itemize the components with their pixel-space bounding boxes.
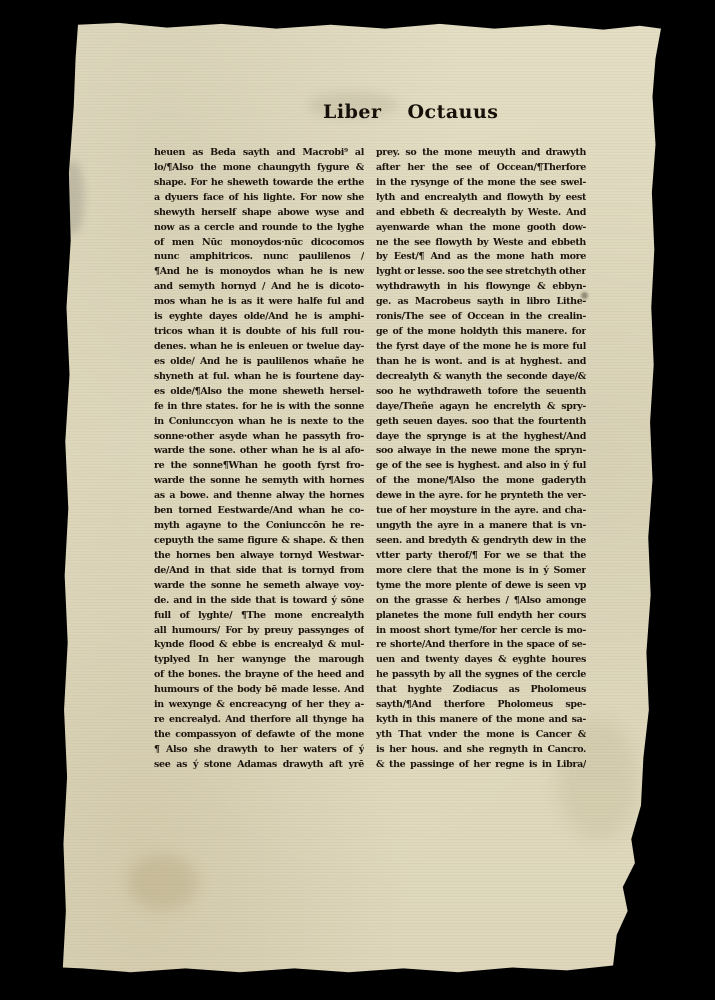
text-line: typlyed In her wanynge the marough	[154, 653, 364, 668]
text-line: ayenwarde whan the mone gooth dow-	[376, 221, 586, 236]
text-line: ungyth the ayre in a manere that is vn-	[376, 519, 586, 534]
running-head-liber: Liber	[323, 101, 381, 123]
text-line: kynde flood & ebbe is encrealyd & mul-	[154, 638, 364, 653]
text-line: more clere that the mone is in ý Somer	[376, 564, 586, 579]
text-line: kyth in this manere of the mone and sa-	[376, 713, 586, 728]
text-line: after her the see of Occean/¶Therfore	[376, 161, 586, 176]
text-line: & the passinge of her regne is in Libra/	[376, 758, 586, 773]
text-line: in Coniunccyon whan he is nexte to the	[154, 415, 364, 430]
text-line: lyght or lesse. soo the see stretchyth o…	[376, 265, 586, 280]
right-text-column: prey. so the mone meuyth and drawythafte…	[376, 146, 586, 773]
text-line: ge. as Macrobeus sayth in libro Lithe-	[376, 295, 586, 310]
text-line: is her hous. and she regnyth in Cancro.	[376, 743, 586, 758]
text-line: seen. and bredyth & gendryth dew in the	[376, 534, 586, 549]
text-line: denes. whan he is enleuen or twelue day-	[154, 340, 364, 355]
text-line: as a bowe. and thenne alway the hornes	[154, 489, 364, 504]
text-line: re the sonne¶Whan he gooth fyrst fro-	[154, 459, 364, 474]
text-line: prey. so the mone meuyth and drawyth	[376, 146, 586, 161]
text-line: soo he wythdraweth tofore the seuenth	[376, 385, 586, 400]
text-line: of the bones. the brayne of the heed and	[154, 668, 364, 683]
text-line: in the rysynge of the mone the see swel-	[376, 176, 586, 191]
text-line: de/And in that side that is tornyd from	[154, 564, 364, 579]
text-line: the fyrst daye of the mone he is more fu…	[376, 340, 586, 355]
text-line: warde the sone. other whan he is al afo-	[154, 444, 364, 459]
text-line: myth agayne to the Coniunccōn he re-	[154, 519, 364, 534]
text-line: warde the sonne he semyth with hornes	[154, 474, 364, 489]
text-line: de. and in the side that is toward ý sōn…	[154, 594, 364, 609]
text-line: he passyth by all the sygnes of the cerc…	[376, 668, 586, 683]
text-line: tyme the more plente of dewe is seen vp	[376, 579, 586, 594]
ink-smudge-stain	[62, 160, 84, 235]
text-line: the compassyon of defawte of the mone	[154, 728, 364, 743]
text-line: yth That vnder the mone is Cancer &	[376, 728, 586, 743]
text-line: of the mone/¶Also the mone gaderyth	[376, 474, 586, 489]
text-line: the hornes ben alwaye tornyd Westwar-	[154, 549, 364, 564]
text-line: cepuyth the same figure & shape. & then	[154, 534, 364, 549]
text-line: now as a cercle and rounde to the lyghe	[154, 221, 364, 236]
text-line: by Eest/¶ And as the mone hath more	[376, 250, 586, 265]
text-line: full of lyghte/ ¶The mone encrealyth	[154, 609, 364, 624]
text-line: a dyuers face of his lighte. For now she	[154, 191, 364, 206]
left-text-column: heuen as Beda sayth and Macrobi⁹ allo/¶A…	[154, 146, 364, 773]
text-line: ne the see flowyth by Weste and ebbeth	[376, 236, 586, 251]
text-line: nunc amphitricos. nunc paulilenos /	[154, 250, 364, 265]
text-line: warde the sonne he semeth alwaye voy-	[154, 579, 364, 594]
text-line: of men Nūc monoydos·nūc dicocomos	[154, 236, 364, 251]
text-line: geth seuen dayes. soo that the fourtenth	[376, 415, 586, 430]
text-line: all humours/ For by preuy passynges of	[154, 624, 364, 639]
text-line: ge of the see is hyghest. and also in ý …	[376, 459, 586, 474]
text-line: ¶And he is monoydos whan he is new	[154, 265, 364, 280]
text-line: es olde/ And he is paulilenos whañe he	[154, 355, 364, 370]
backdrop: { "page": { "header": { "left_word": "Li…	[0, 0, 715, 1000]
text-line: re shorte/And therfore in the space of s…	[376, 638, 586, 653]
text-line: mos whan he is as it were halfe ful and	[154, 295, 364, 310]
text-line: and semyth hornyd / And he is dicoto-	[154, 280, 364, 295]
text-line: vtter party therof/¶ For we se that the	[376, 549, 586, 564]
text-line: daye/Theñe agayn he encrelyth & spry-	[376, 400, 586, 415]
text-line: dewe in the ayre. for he prynteth the ve…	[376, 489, 586, 504]
text-line: on the grasse & herbes / ¶Also amonge	[376, 594, 586, 609]
text-line: ronis/The see of Occean in the crealin-	[376, 310, 586, 325]
text-line: tue of her moysture in the ayre. and cha…	[376, 504, 586, 519]
text-line: ¶ Also she drawyth to her waters of ý	[154, 743, 364, 758]
foxing-stain	[128, 855, 198, 910]
text-line: lyth and encrealyth and flowyth by eest	[376, 191, 586, 206]
text-line: sayth/¶And therfore Pholomeus spe-	[376, 698, 586, 713]
manuscript-page: Liber Octauus heuen as Beda sayth and Ma…	[58, 20, 664, 978]
text-line: fe in thre states. for he is with the so…	[154, 400, 364, 415]
text-line: in moost short tyme/for her cercle is mo…	[376, 624, 586, 639]
text-line: heuen as Beda sayth and Macrobi⁹ al	[154, 146, 364, 161]
text-line: than he is wont. and is at hyghest. and	[376, 355, 586, 370]
text-line: shewyth herself shape abowe wyse and	[154, 206, 364, 221]
text-line: see as ý stone Adamas drawyth aft yrē	[154, 758, 364, 773]
running-head: Liber Octauus	[323, 101, 499, 123]
text-line: and ebbeth & decrealyth by Weste. And	[376, 206, 586, 221]
text-line: ben torned Eestwarde/And whan he co-	[154, 504, 364, 519]
text-block: heuen as Beda sayth and Macrobi⁹ allo/¶A…	[154, 146, 586, 773]
text-line: tricos whan it is doubte of his full rou…	[154, 325, 364, 340]
text-line: wythdrawyth in his flowynge & ebbyn-	[376, 280, 586, 295]
text-line: soo alwaye in the newe mone the spryn-	[376, 444, 586, 459]
text-line: ge of the mone holdyth this manere. for	[376, 325, 586, 340]
text-line: is eyghte dayes olde/And he is amphi-	[154, 310, 364, 325]
text-line: sonne·other asyde whan he passyth fro-	[154, 430, 364, 445]
text-line: es olde/¶Also the mone sheweth hersel-	[154, 385, 364, 400]
text-line: shyneth at ful. whan he is fourtene day-	[154, 370, 364, 385]
running-head-octauus: Octauus	[407, 101, 498, 123]
text-line: uen and twenty dayes & eyghte houres	[376, 653, 586, 668]
text-line: decrealyth & wanyth the seconde daye/&	[376, 370, 586, 385]
text-line: shape. For he sheweth towarde the erthe	[154, 176, 364, 191]
text-line: in wexynge & encreacyng of her they a-	[154, 698, 364, 713]
text-line: lo/¶Also the mone chaungyth fygure &	[154, 161, 364, 176]
text-line: that hyghte Zodiacus as Pholomeus	[376, 683, 586, 698]
text-line: re encrealyd. And therfore all thynge ha	[154, 713, 364, 728]
text-line: humours of the body bē made lesse. And	[154, 683, 364, 698]
text-line: planetes the mone full endyth her cours	[376, 609, 586, 624]
text-line: daye the sprynge is at the hyghest/And	[376, 430, 586, 445]
